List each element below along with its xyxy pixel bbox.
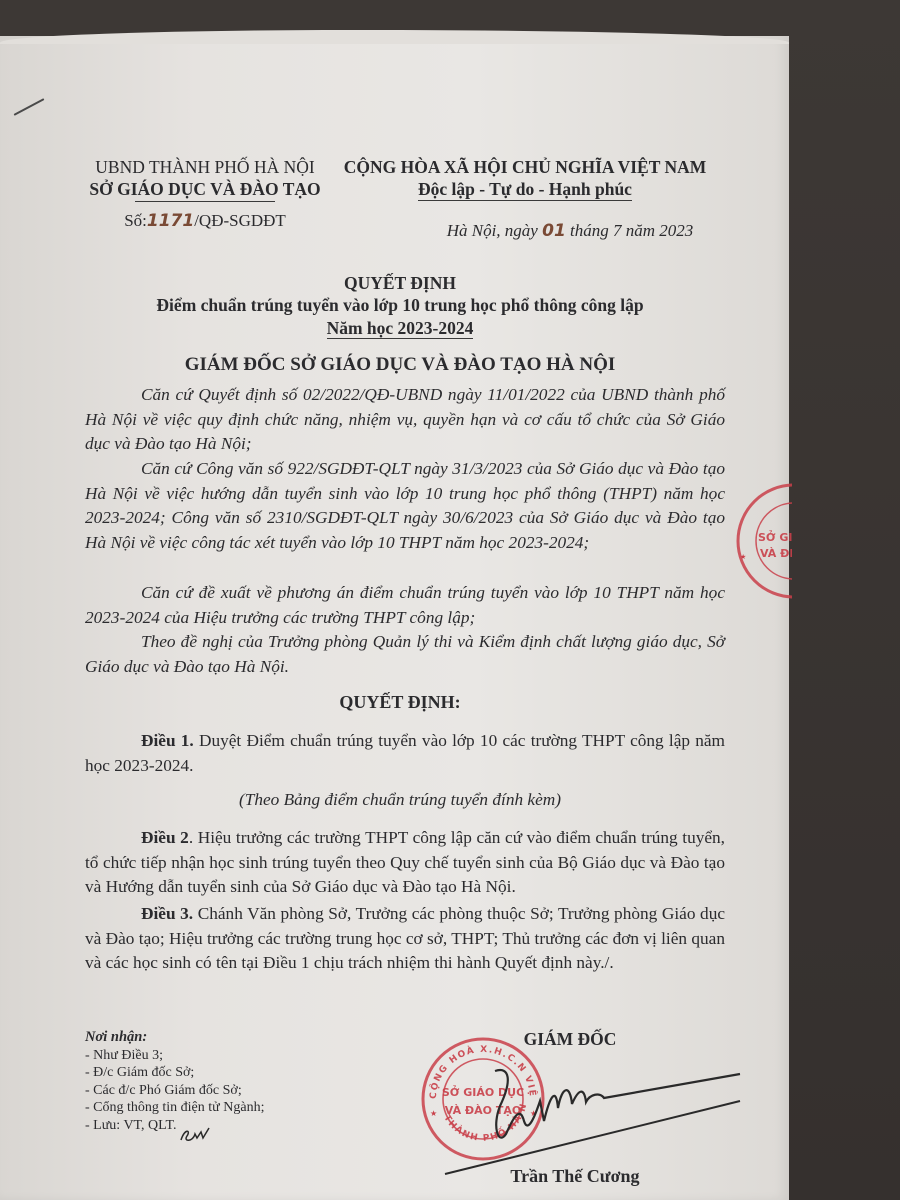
svg-text:VÀ ĐI: VÀ ĐI <box>760 547 792 560</box>
date-suffix: tháng 7 năm 2023 <box>566 221 694 240</box>
preamble-2: Căn cứ Công văn số 922/SGDĐT-QLT ngày 31… <box>85 457 725 555</box>
issuer-underline <box>135 201 275 202</box>
recipient-item: - Như Điều 3; <box>85 1047 385 1065</box>
document-page: UBND THÀNH PHỐ HÀ NỘI SỞ GIÁO DỤC VÀ ĐÀO… <box>0 36 789 1200</box>
recipients-title: Nơi nhận: <box>85 1029 385 1047</box>
issuer-line1: UBND THÀNH PHỐ HÀ NỘI <box>80 156 330 178</box>
article-2: Điều 2. Hiệu trưởng các trường THPT công… <box>85 826 725 900</box>
recipient-item: - Đ/c Giám đốc Sở; <box>85 1064 385 1082</box>
national-header: CỘNG HÒA XÃ HỘI CHỦ NGHĨA VIỆT NAM Độc l… <box>340 156 710 201</box>
number-handwritten: 1171 <box>147 211 194 231</box>
preamble-4: Theo đề nghị của Trưởng phòng Quản lý th… <box>85 630 725 679</box>
article-2-label: Điều 2 <box>141 828 189 847</box>
decision-title: QUYẾT ĐỊNH <box>100 273 700 294</box>
article-3-label: Điều 3. <box>141 904 193 923</box>
number-prefix: Số: <box>124 211 147 230</box>
preamble-1: Căn cứ Quyết định số 02/2022/QĐ-UBND ngà… <box>85 383 725 457</box>
decision-subject: Điểm chuẩn trúng tuyển vào lớp 10 trung … <box>100 295 700 316</box>
national-title: CỘNG HÒA XÃ HỘI CHỦ NGHĨA VIỆT NAM <box>340 156 710 178</box>
date-line: Hà Nội, ngày 01 tháng 7 năm 2023 <box>420 221 720 241</box>
article-3: Điều 3. Chánh Văn phòng Sở, Trưởng các p… <box>85 902 725 976</box>
recipient-item: - Các đ/c Phó Giám đốc Sở; <box>85 1082 385 1100</box>
article-1-label: Điều 1. <box>141 731 194 750</box>
issuer-block: UBND THÀNH PHỐ HÀ NỘI SỞ GIÁO DỤC VÀ ĐÀO… <box>80 156 330 202</box>
recipients-block: Nơi nhận: - Như Điều 3; - Đ/c Giám đốc S… <box>85 1029 385 1134</box>
issuer-line2: SỞ GIÁO DỤC VÀ ĐÀO TẠO <box>80 178 330 200</box>
recipient-item: - Cổng thông tin điện tử Ngành; <box>85 1099 385 1117</box>
svg-text:SỞ GI: SỞ GI <box>758 530 792 544</box>
recipient-item: - Lưu: VT, QLT. <box>85 1117 385 1135</box>
article-1-note: (Theo Bảng điểm chuẩn trúng tuyển đính k… <box>100 790 700 810</box>
handwritten-signature-icon <box>440 1046 750 1176</box>
school-year: Năm học 2023-2024 <box>100 318 700 339</box>
svg-text:★: ★ <box>430 1109 437 1118</box>
document-number: Số:1171/QĐ-SGDĐT <box>80 211 330 231</box>
national-motto: Độc lập - Tự do - Hạnh phúc <box>418 178 632 201</box>
date-prefix: Hà Nội, ngày <box>447 221 542 240</box>
issuing-authority: GIÁM ĐỐC SỞ GIÁO DỤC VÀ ĐÀO TẠO HÀ NỘI <box>100 354 700 376</box>
preamble-3: Căn cứ đề xuất về phương án điểm chuẩn t… <box>85 581 725 630</box>
svg-text:★: ★ <box>740 553 746 561</box>
side-red-stamp-icon: SỞ GI VÀ ĐI ★ <box>732 481 792 601</box>
handwritten-initials-icon <box>177 1124 217 1146</box>
pen-stroke-mark <box>14 98 45 116</box>
date-day-handwritten: 01 <box>542 221 566 241</box>
decision-heading: QUYẾT ĐỊNH: <box>100 692 700 713</box>
number-suffix: /QĐ-SGDĐT <box>194 211 286 230</box>
article-1: Điều 1. Duyệt Điểm chuẩn trúng tuyển vào… <box>85 729 725 778</box>
school-year-text: Năm học 2023-2024 <box>327 318 474 339</box>
